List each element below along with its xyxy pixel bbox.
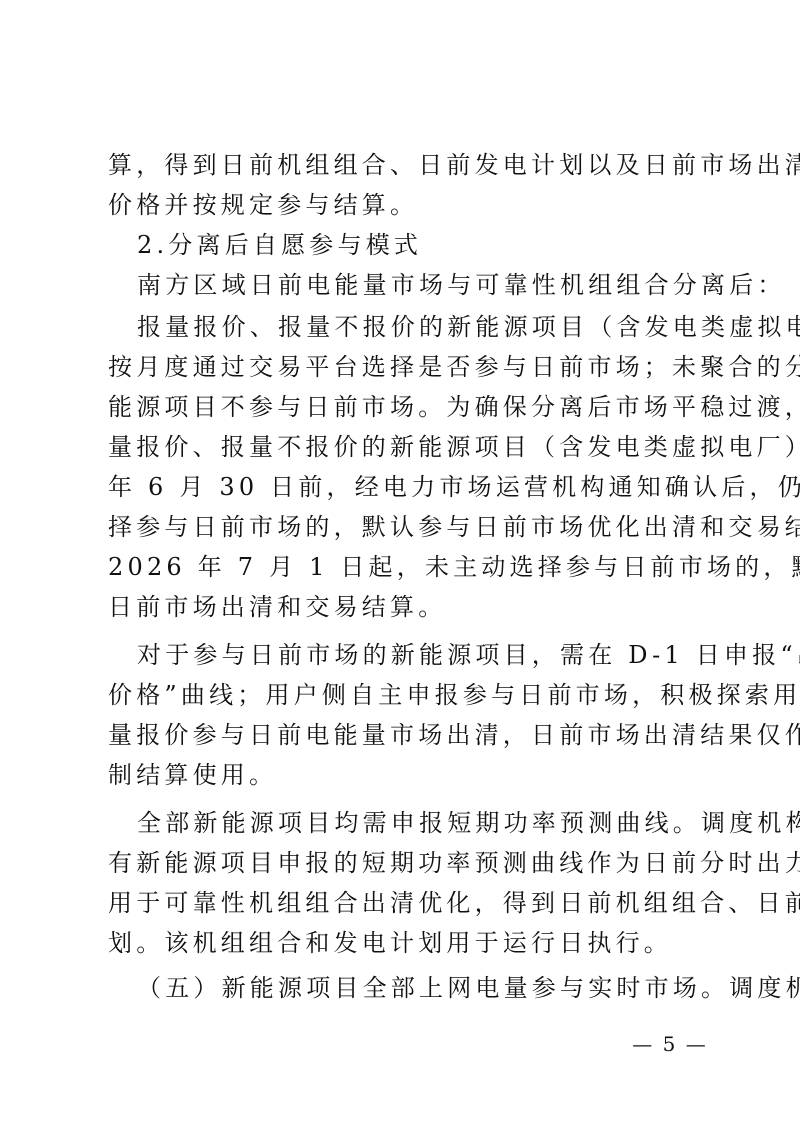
text-line: 南方区域日前电能量市场与可靠性机组组合分离后： <box>137 270 708 300</box>
text-line: 对于参与日前市场的新能源项目，需在 D-1 日申报“出力－ <box>137 640 708 670</box>
text-line: 2026 年 7 月 1 日起，未主动选择参与日前市场的，默认不参与 <box>108 552 708 582</box>
page-number: — 5 — <box>630 1030 710 1058</box>
text-line: 量报价参与日前电能量市场出清，日前市场出清结果仅作为三部 <box>108 720 708 750</box>
text-line: 年 6 月 30 日前，经电力市场运营机构通知确认后，仍未主动选 <box>108 472 708 502</box>
text-line: 择参与日前市场的，默认参与日前市场优化出清和交易结算； <box>108 512 708 542</box>
text-line: 日前市场出清和交易结算。 <box>108 592 708 622</box>
text-line: 价格并按规定参与结算。 <box>108 190 708 220</box>
text-line: 有新能源项目申报的短期功率预测曲线作为日前分时出力上限 <box>108 848 708 878</box>
text-line: 制结算使用。 <box>108 760 708 790</box>
text-line: 全部新能源项目均需申报短期功率预测曲线。调度机构以所 <box>137 808 708 838</box>
text-line: 价格”曲线；用户侧自主申报参与日前市场，积极探索用户侧报 <box>108 680 708 710</box>
text-line: 算，得到日前机组组合、日前发电计划以及日前市场出清电量、 <box>108 150 708 180</box>
text-line: 用于可靠性机组组合出清优化，得到日前机组组合、日前发电计 <box>108 888 708 918</box>
document-page: 算，得到日前机组组合、日前发电计划以及日前市场出清电量、 价格并按规定参与结算。… <box>0 0 800 1131</box>
text-line: 按月度通过交易平台选择是否参与日前市场；未聚合的分布式新 <box>108 352 708 382</box>
text-line: 划。该机组组合和发电计划用于运行日执行。 <box>108 928 708 958</box>
text-line: 能源项目不参与日前市场。为确保分离后市场平稳过渡，对于报 <box>108 392 708 422</box>
section-heading: （五）新能源项目全部上网电量参与实时市场。调度机构以 <box>137 973 708 1003</box>
text-line: 量报价、报量不报价的新能源项目（含发电类虚拟电厂），2026 <box>108 432 708 462</box>
text-line: 报量报价、报量不报价的新能源项目（含发电类虚拟电厂）， <box>137 312 708 342</box>
section-heading: 2.分离后自愿参与模式 <box>137 230 708 260</box>
